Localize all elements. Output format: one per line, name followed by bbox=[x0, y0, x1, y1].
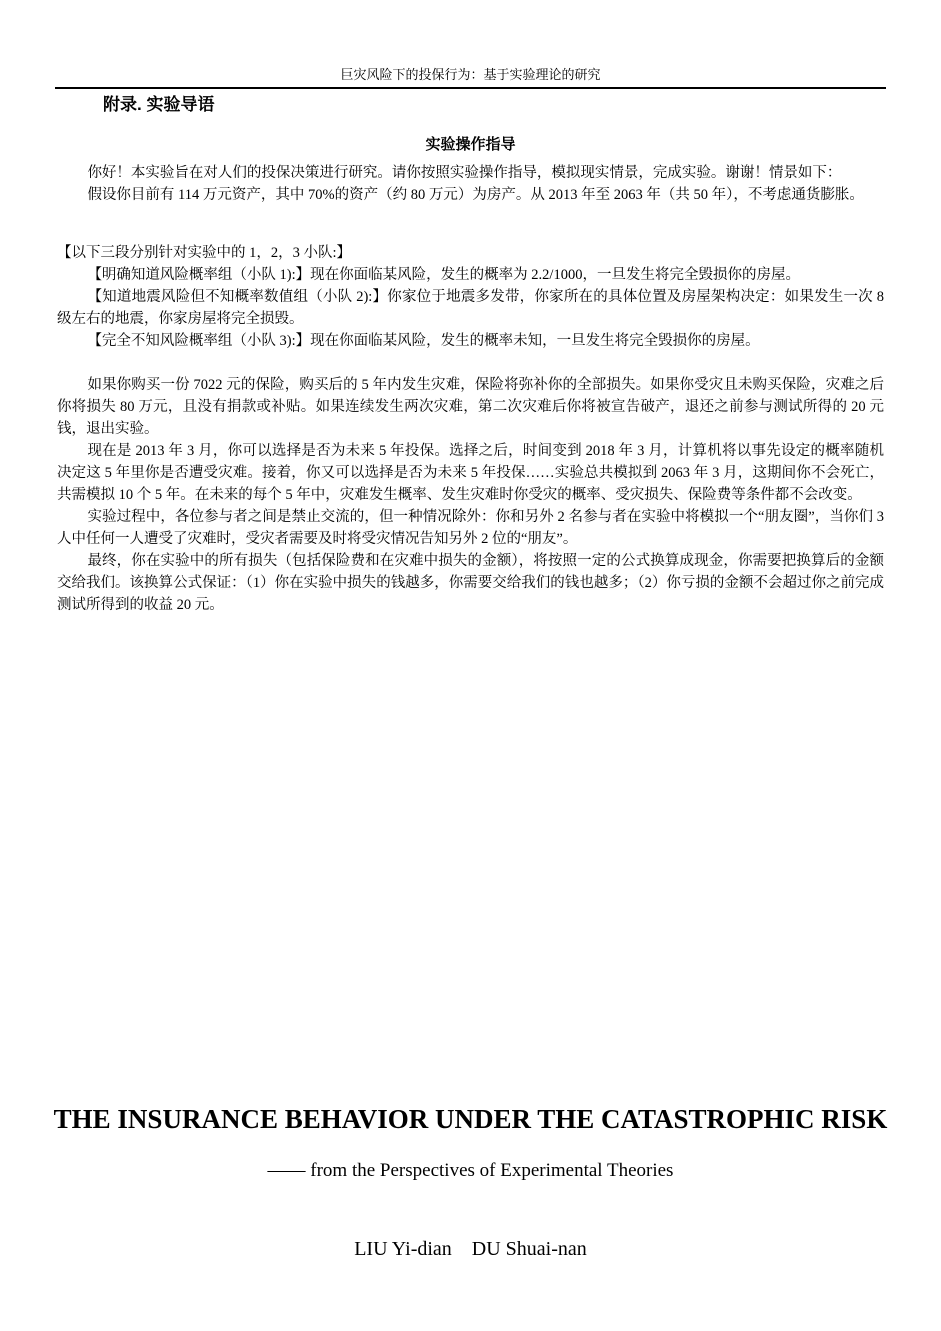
body-paragraph: 现在是 2013 年 3 月，你可以选择是否为未来 5 年投保。选择之后，时间变… bbox=[57, 440, 884, 506]
appendix-heading: 附录. 实验导语 bbox=[103, 93, 214, 117]
authors-line: LIU Yi-dian DU Shuai-nan bbox=[0, 1236, 941, 1262]
body-paragraph: 如果你购买一份 7022 元的保险，购买后的 5 年内发生灾难，保险将弥补你的全… bbox=[57, 374, 884, 440]
body-paragraph: 假设你目前有 114 万元资产，其中 70%的资产（约 80 万元）为房产。从 … bbox=[57, 184, 884, 206]
english-subtitle: —— from the Perspectives of Experimental… bbox=[0, 1158, 941, 1184]
section-title: 实验操作指导 bbox=[57, 135, 884, 155]
body-paragraph: 【知道地震风险但不知概率数值组（小队 2):】你家位于地震多发带，你家所在的具体… bbox=[57, 286, 884, 330]
running-title: 巨灾风险下的投保行为：基于实验理论的研究 bbox=[57, 66, 884, 84]
paper-page: 巨灾风险下的投保行为：基于实验理论的研究 附录. 实验导语 实验操作指导 你好！… bbox=[0, 0, 941, 1331]
english-title: THE INSURANCE BEHAVIOR UNDER THE CATASTR… bbox=[0, 1102, 941, 1136]
body-paragraph: 【以下三段分别针对实验中的 1，2，3 小队:】 bbox=[57, 242, 884, 264]
body-paragraph: 最终，你在实验中的所有损失（包括保险费和在灾难中损失的金额），将按照一定的公式换… bbox=[57, 550, 884, 616]
body-paragraph: 实验过程中，各位参与者之间是禁止交流的，但一种情况除外：你和另外 2 名参与者在… bbox=[57, 506, 884, 550]
header-rule bbox=[55, 87, 886, 89]
body-paragraph: 你好！本实验旨在对人们的投保决策进行研究。请你按照实验操作指导，模拟现实情景，完… bbox=[57, 162, 884, 184]
body-paragraph: 【明确知道风险概率组（小队 1):】现在你面临某风险，发生的概率为 2.2/10… bbox=[57, 264, 884, 286]
body-content: 实验操作指导 你好！本实验旨在对人们的投保决策进行研究。请你按照实验操作指导，模… bbox=[57, 135, 884, 616]
body-paragraph: 【完全不知风险概率组（小队 3):】现在你面临某风险，发生的概率未知，一旦发生将… bbox=[57, 330, 884, 352]
